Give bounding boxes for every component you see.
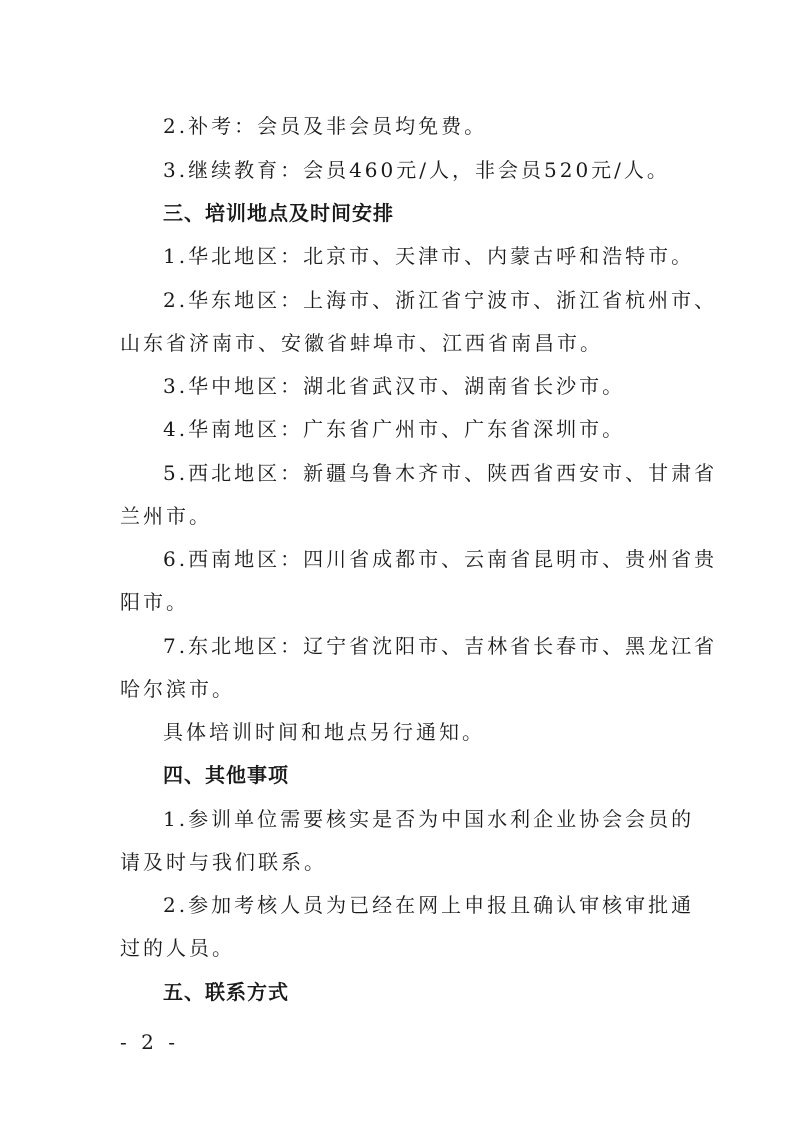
paragraph-line: 阳市。: [120, 588, 690, 616]
paragraph-line: 2.华东地区：上海市、浙江省宁波市、浙江省杭州市、: [163, 286, 733, 314]
paragraph-line: 哈尔滨市。: [120, 675, 690, 703]
section-heading: 三、培训地点及时间安排: [163, 199, 733, 227]
paragraph-line: 兰州市。: [120, 502, 690, 530]
paragraph-line: 请及时与我们联系。: [120, 848, 690, 876]
paragraph-line: 6.西南地区：四川省成都市、云南省昆明市、贵州省贵: [163, 545, 733, 573]
paragraph-line: 3.继续教育：会员460元/人，非会员520元/人。: [163, 156, 733, 184]
paragraph-line: 5.西北地区：新疆乌鲁木齐市、陕西省西安市、甘肃省: [163, 459, 733, 487]
paragraph-line: 4.华南地区：广东省广州市、广东省深圳市。: [163, 415, 733, 443]
paragraph-line: 具体培训时间和地点另行通知。: [163, 718, 733, 746]
paragraph-line: 2.补考：会员及非会员均免费。: [163, 112, 733, 140]
paragraph-line: 1.参训单位需要核实是否为中国水利企业协会会员的: [163, 805, 733, 833]
paragraph-line: 7.东北地区：辽宁省沈阳市、吉林省长春市、黑龙江省: [163, 632, 733, 660]
paragraph-line: 山东省济南市、安徽省蚌埠市、江西省南昌市。: [120, 329, 690, 357]
paragraph-line: 3.华中地区：湖北省武汉市、湖南省长沙市。: [163, 372, 733, 400]
page-number: - 2 -: [120, 1028, 179, 1056]
section-heading: 四、其他事项: [163, 761, 733, 789]
document-page: 2.补考：会员及非会员均免费。3.继续教育：会员460元/人，非会员520元/人…: [0, 0, 800, 1131]
paragraph-line: 过的人员。: [120, 934, 690, 962]
paragraph-line: 1.华北地区：北京市、天津市、内蒙古呼和浩特市。: [163, 242, 733, 270]
section-heading: 五、联系方式: [163, 978, 733, 1006]
paragraph-line: 2.参加考核人员为已经在网上申报且确认审核审批通: [163, 891, 733, 919]
